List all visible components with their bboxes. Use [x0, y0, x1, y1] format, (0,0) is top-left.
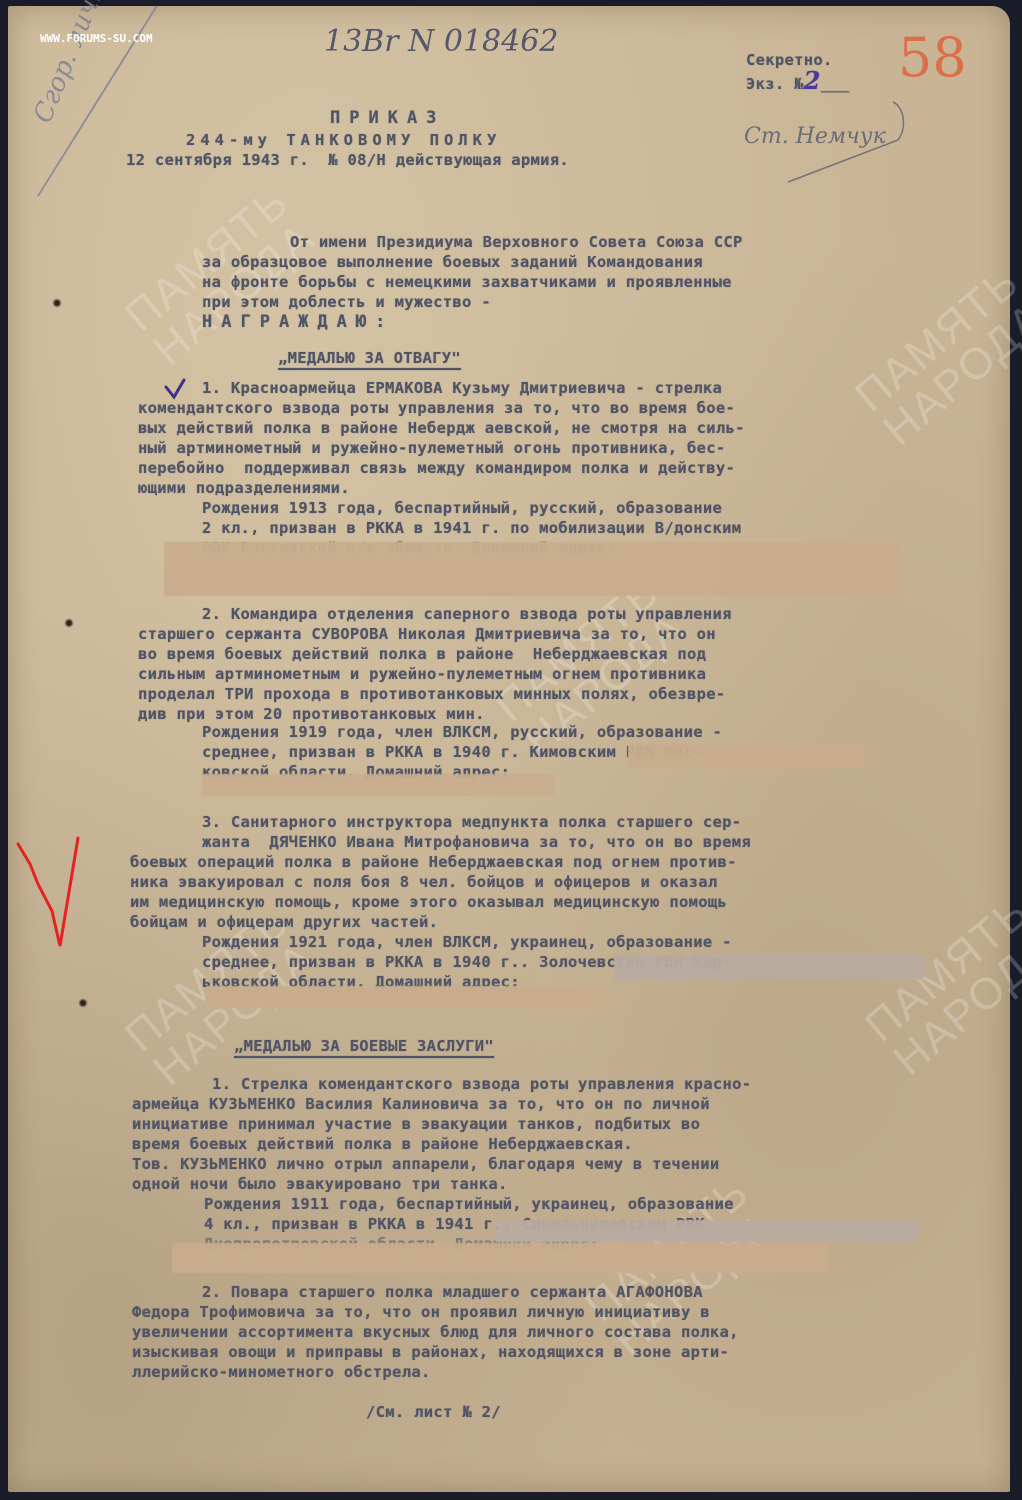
- red-check-mark-icon: [18, 838, 78, 946]
- pencil-signature-line: [788, 102, 903, 182]
- document-page: ПАМЯТЬ НАРОДА ПАМЯТЬ НАРОДА ПАМЯТЬ НАРОД…: [8, 6, 1010, 1492]
- purple-check-mark-icon: [166, 380, 184, 397]
- annotation-strokes: [8, 6, 1010, 1492]
- watermark-site: WWW.FORUMS-SU.COM: [40, 32, 153, 45]
